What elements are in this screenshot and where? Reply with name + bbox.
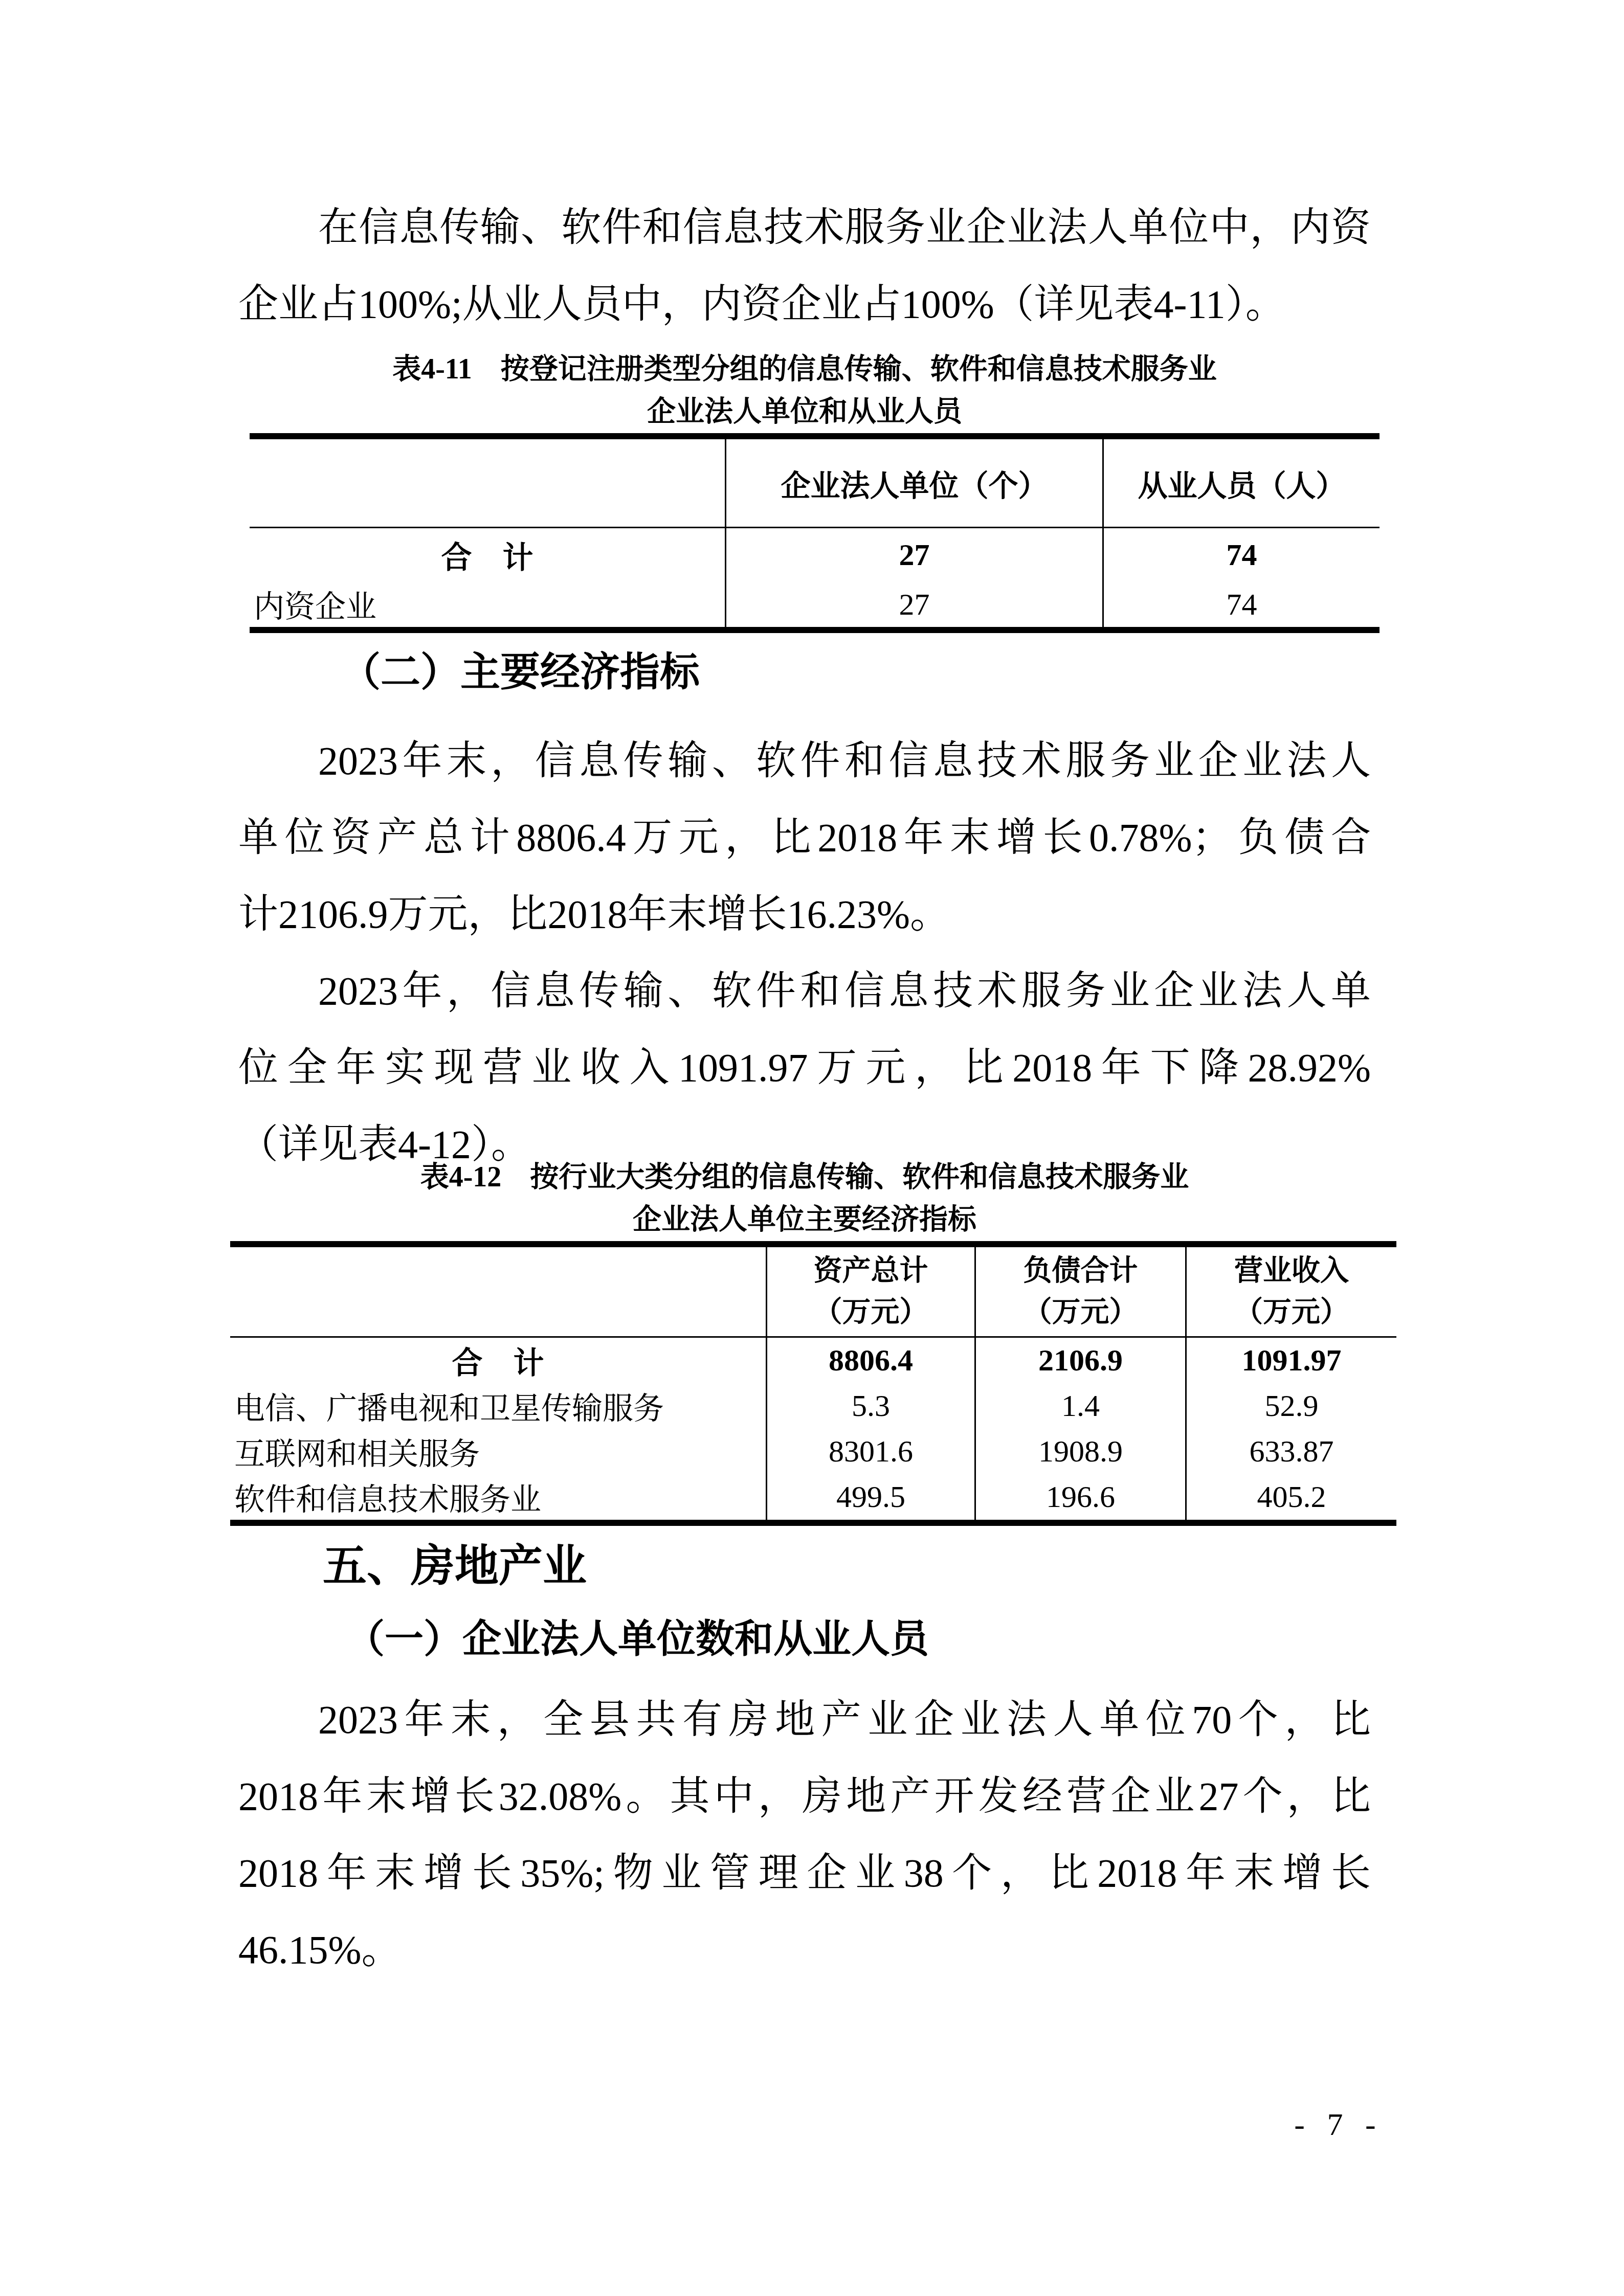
table-row-total: 合 计 8806.4 2106.9 1091.97 <box>230 1338 1396 1383</box>
cell-value: 1091.97 <box>1185 1338 1396 1383</box>
document-page: 在信息传输、软件和信息技术服务业企业法人单位中，内资 企业占100%;从业人员中… <box>0 0 1624 2296</box>
text-line: 2023年末，信息传输、软件和信息技术服务业企业法人 <box>238 723 1371 799</box>
text-line: 2018年末增长35%;物业管理企业38个，比2018年末增长 <box>238 1835 1371 1911</box>
cell-value: 405.2 <box>1185 1474 1396 1520</box>
table-row-internet: 互联网和相关服务 8301.6 1908.9 633.87 <box>230 1429 1396 1474</box>
cell-value: 499.5 <box>766 1474 974 1520</box>
table-4-12: 资产总计 （万元） 负债合计 （万元） 营业收入 （万元） 合 计 8806.4… <box>230 1241 1396 1526</box>
cell-value: 5.3 <box>766 1383 974 1429</box>
cell-value: 52.9 <box>1185 1383 1396 1429</box>
table-4-11-header-employees: 从业人员（人） <box>1102 439 1380 527</box>
text-line: 计2106.9万元，比2018年末增长16.23%。 <box>238 876 1371 953</box>
page-number: - 7 - <box>1269 2099 1401 2150</box>
table-4-11-title-line2: 企业法人单位和从业人员 <box>238 391 1371 433</box>
row-label: 互联网和相关服务 <box>230 1429 766 1474</box>
page-content: 在信息传输、软件和信息技术服务业企业法人单位中，内资 企业占100%;从业人员中… <box>238 0 1371 1988</box>
text-line: 46.15%。 <box>238 1911 1371 1988</box>
row-label: 内资企业 <box>250 582 725 627</box>
text-line: 企业占100%;从业人员中，内资企业占100%（详见表4-11）。 <box>238 266 1371 343</box>
table-4-12-header-liabilities: 负债合计 （万元） <box>974 1247 1185 1336</box>
table-4-11-title: 表4-11 按登记注册类型分组的信息传输、软件和信息技术服务业 企业法人单位和从… <box>238 348 1371 433</box>
table-row-domestic: 内资企业 27 74 <box>250 582 1380 627</box>
paragraph-registration-types: 在信息传输、软件和信息技术服务业企业法人单位中，内资 企业占100%;从业人员中… <box>238 189 1371 343</box>
text-line: 2023年，信息传输、软件和信息技术服务业企业法人单 <box>238 953 1371 1029</box>
section-heading-real-estate: 五、房地产业 <box>238 1536 1371 1597</box>
row-label: 电信、广播电视和卫星传输服务 <box>230 1383 766 1429</box>
row-label: 软件和信息技术服务业 <box>230 1474 766 1520</box>
cell-value: 27 <box>725 582 1102 627</box>
table-4-12-title-line2: 企业法人单位主要经济指标 <box>238 1199 1371 1241</box>
cell-value: 8301.6 <box>766 1429 974 1474</box>
cell-value: 74 <box>1102 528 1380 582</box>
cell-value: 196.6 <box>974 1474 1185 1520</box>
header-line: 资产总计 <box>814 1250 928 1292</box>
paragraph-assets-liabilities: 2023年末，信息传输、软件和信息技术服务业企业法人 单位资产总计8806.4万… <box>238 723 1371 953</box>
table-4-11: 企业法人单位（个） 从业人员（人） 合 计 27 74 内资企业 27 74 <box>250 433 1380 633</box>
cell-value: 2106.9 <box>974 1338 1185 1383</box>
table-4-11-header-legal-units: 企业法人单位（个） <box>725 439 1102 527</box>
cell-value: 27 <box>725 528 1102 582</box>
text-line: 位全年实现营业收入1091.97万元，比2018年下降28.92% <box>238 1029 1371 1106</box>
table-4-12-header-row: 资产总计 （万元） 负债合计 （万元） 营业收入 （万元） <box>230 1247 1396 1338</box>
text-line: 在信息传输、软件和信息技术服务业企业法人单位中，内资 <box>238 189 1371 266</box>
cell-value: 8806.4 <box>766 1338 974 1383</box>
table-4-11-title-line1: 表4-11 按登记注册类型分组的信息传输、软件和信息技术服务业 <box>238 348 1371 391</box>
header-line: （万元） <box>1024 1292 1138 1333</box>
cell-value: 1.4 <box>974 1383 1185 1429</box>
table-row-total: 合 计 27 74 <box>250 528 1380 582</box>
section-heading-economic-indicators: （二）主要经济指标 <box>238 644 1371 701</box>
header-line: 营业收入 <box>1234 1250 1349 1292</box>
table-row-software: 软件和信息技术服务业 499.5 196.6 405.2 <box>230 1474 1396 1520</box>
text-line: 单位资产总计8806.4万元，比2018年末增长0.78%；负债合 <box>238 799 1371 876</box>
cell-value: 633.87 <box>1185 1429 1396 1474</box>
header-line: 负债合计 <box>1024 1250 1138 1292</box>
text-line: 2023年末，全县共有房地产业企业法人单位70个，比 <box>238 1681 1371 1758</box>
table-4-11-header-stub <box>250 439 725 527</box>
header-line: （万元） <box>1234 1292 1349 1333</box>
table-4-12-header-assets: 资产总计 （万元） <box>766 1247 974 1336</box>
table-4-12-header-stub <box>230 1247 766 1336</box>
paragraph-real-estate: 2023年末，全县共有房地产业企业法人单位70个，比 2018年末增长32.08… <box>238 1681 1371 1988</box>
text-line: 2018年末增长32.08%。其中，房地产开发经营企业27个，比 <box>238 1758 1371 1835</box>
table-4-12-header-revenue: 营业收入 （万元） <box>1185 1247 1396 1336</box>
cell-value: 74 <box>1102 582 1380 627</box>
header-line: （万元） <box>814 1292 928 1333</box>
row-label: 合 计 <box>230 1338 766 1383</box>
subsection-heading-legal-units-employees: （一）企业法人单位数和从业人员 <box>238 1610 1371 1669</box>
table-4-11-header-row: 企业法人单位（个） 从业人员（人） <box>250 439 1380 528</box>
table-row-telecom: 电信、广播电视和卫星传输服务 5.3 1.4 52.9 <box>230 1383 1396 1429</box>
cell-value: 1908.9 <box>974 1429 1185 1474</box>
paragraph-revenue: 2023年，信息传输、软件和信息技术服务业企业法人单 位全年实现营业收入1091… <box>238 953 1371 1183</box>
row-label: 合 计 <box>250 528 725 582</box>
